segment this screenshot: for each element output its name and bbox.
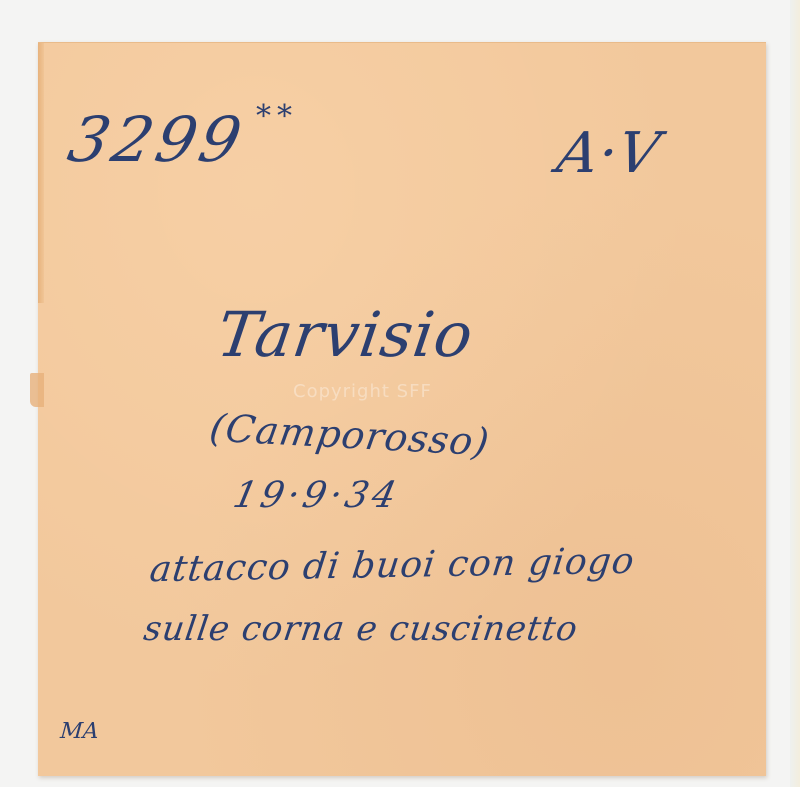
- place-name: Tarvisio: [213, 298, 478, 371]
- envelope-fold-notch: [30, 373, 44, 407]
- description-line-2: sulle corna e cuscinetto: [141, 609, 580, 649]
- description-line-1: attacco di buoi con giogo: [148, 541, 638, 591]
- initials: A·V: [552, 121, 665, 186]
- monogram-signature: MA: [57, 719, 102, 744]
- watermark: Copyright SFF: [293, 381, 432, 402]
- catalog-star-marks: **: [256, 99, 298, 134]
- envelope: 3299 ** A·V Tarvisio Copyright SFF (Camp…: [38, 42, 766, 776]
- background-edge: [790, 0, 800, 787]
- catalog-number: 3299: [62, 103, 251, 176]
- subplace-name: (Camporosso): [207, 406, 493, 464]
- date: 19·9·34: [230, 475, 404, 516]
- envelope-fold-strip: [38, 43, 44, 303]
